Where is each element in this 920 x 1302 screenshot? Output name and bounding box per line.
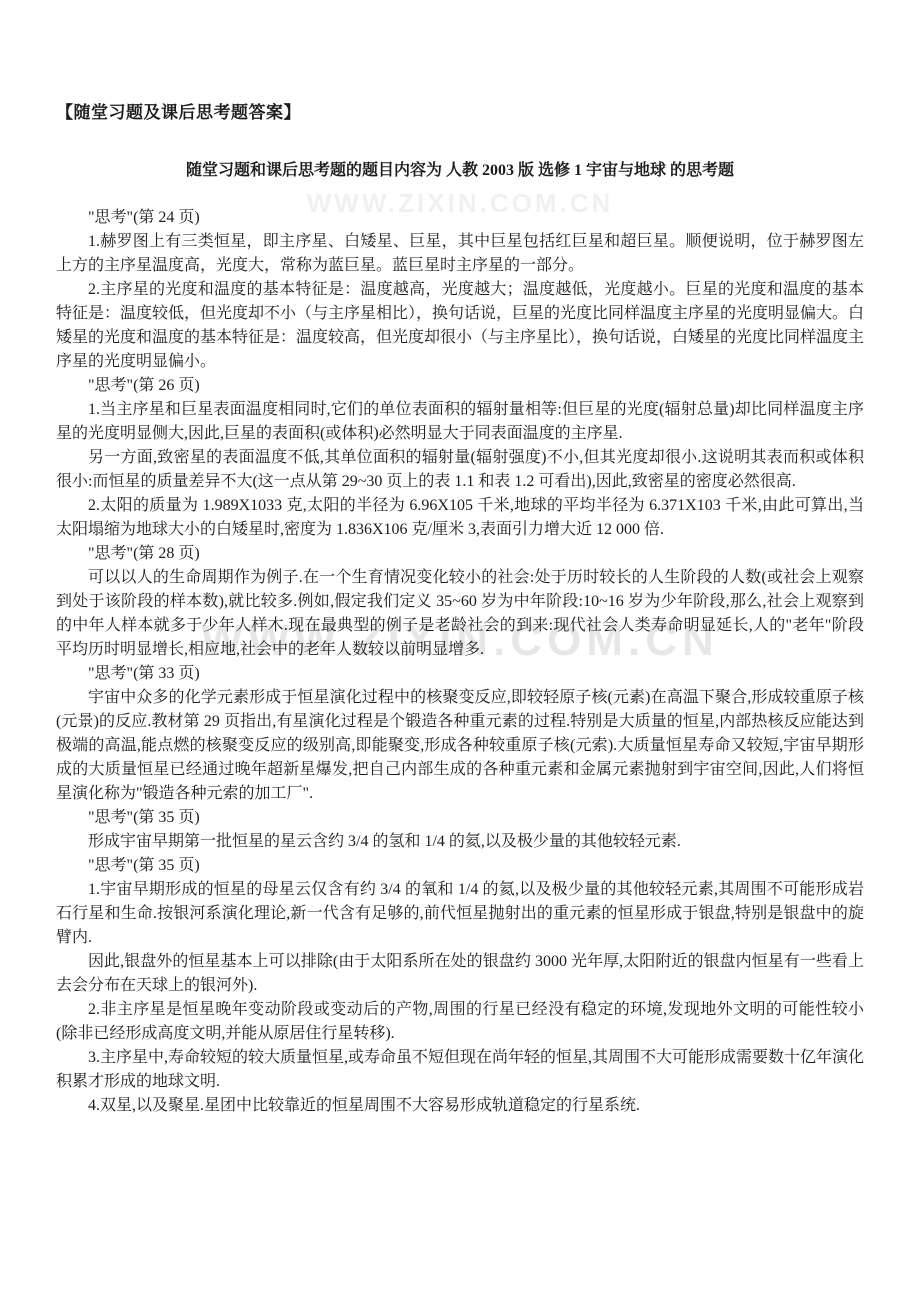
answer-paragraph: 1.宇宙早期形成的恒星的母星云仅含有约 3/4 的氧和 1/4 的氦,以及极少量…	[56, 878, 864, 950]
answer-paragraph: 1.赫罗图上有三类恒星，即主序星、白矮星、巨星，其中巨星包括红巨星和超巨星。顺便…	[56, 230, 864, 278]
answer-paragraph: 1.当主序星和巨星表面温度相同时,它们的单位表面积的辐射量相等:但巨星的光度(辐…	[56, 398, 864, 446]
answer-paragraph: 形成宇宙早期第一批恒星的星云含约 3/4 的氢和 1/4 的氦,以及极少量的其他…	[56, 830, 864, 854]
answer-paragraph: 可以以人的生命周期作为例子.在一个生育情况变化较小的社会:处于历时较长的人生阶段…	[56, 566, 864, 662]
document-content: 【随堂习题及课后思考题答案】 随堂习题和课后思考题的题目内容为 人教 2003 …	[0, 0, 920, 1118]
section-heading: "思考"(第 35 页)	[56, 806, 864, 830]
answer-paragraph: 3.主序星中,寿命较短的较大质量恒星,或寿命虽不短但现在尚年轻的恒星,其周围不大…	[56, 1046, 864, 1094]
answer-paragraph: 2.太阳的质量为 1.989X1033 克,太阳的半径为 6.96X105 千米…	[56, 494, 864, 542]
answer-paragraph: 4.双星,以及聚星.星团中比较靠近的恒星周围不大容易形成轨道稳定的行星系统.	[56, 1094, 864, 1118]
document-subtitle: 随堂习题和课后思考题的题目内容为 人教 2003 版 选修 1 宇宙与地球 的思…	[56, 160, 864, 182]
section-heading: "思考"(第 28 页)	[56, 542, 864, 566]
answer-paragraph: 另一方面,致密星的表面温度不低,其单位面积的辐射量(辐射强度)不小,但其光度却很…	[56, 446, 864, 494]
document-title: 【随堂习题及课后思考题答案】	[56, 102, 864, 124]
answer-paragraph: 因此,银盘外的恒星基本上可以排除(由于太阳系所在处的银盘约 3000 光年厚,太…	[56, 950, 864, 998]
document-page: www.zixin.com.cn www.zixin.com.cn 【随堂习题及…	[0, 0, 920, 1302]
answer-sections: "思考"(第 24 页)1.赫罗图上有三类恒星，即主序星、白矮星、巨星，其中巨星…	[56, 206, 864, 1118]
section-heading: "思考"(第 26 页)	[56, 374, 864, 398]
answer-paragraph: 2.非主序星是恒星晚年变动阶段或变动后的产物,周围的行星已经没有稳定的环境,发现…	[56, 998, 864, 1046]
section-heading: "思考"(第 35 页)	[56, 854, 864, 878]
section-heading: "思考"(第 24 页)	[56, 206, 864, 230]
answer-paragraph: 2.主序星的光度和温度的基本特征是：温度越高，光度越大；温度越低，光度越小。巨星…	[56, 278, 864, 374]
section-heading: "思考"(第 33 页)	[56, 662, 864, 686]
answer-paragraph: 宇宙中众多的化学元素形成于恒星演化过程中的核聚变反应,即较轻原子核(元素)在高温…	[56, 686, 864, 806]
